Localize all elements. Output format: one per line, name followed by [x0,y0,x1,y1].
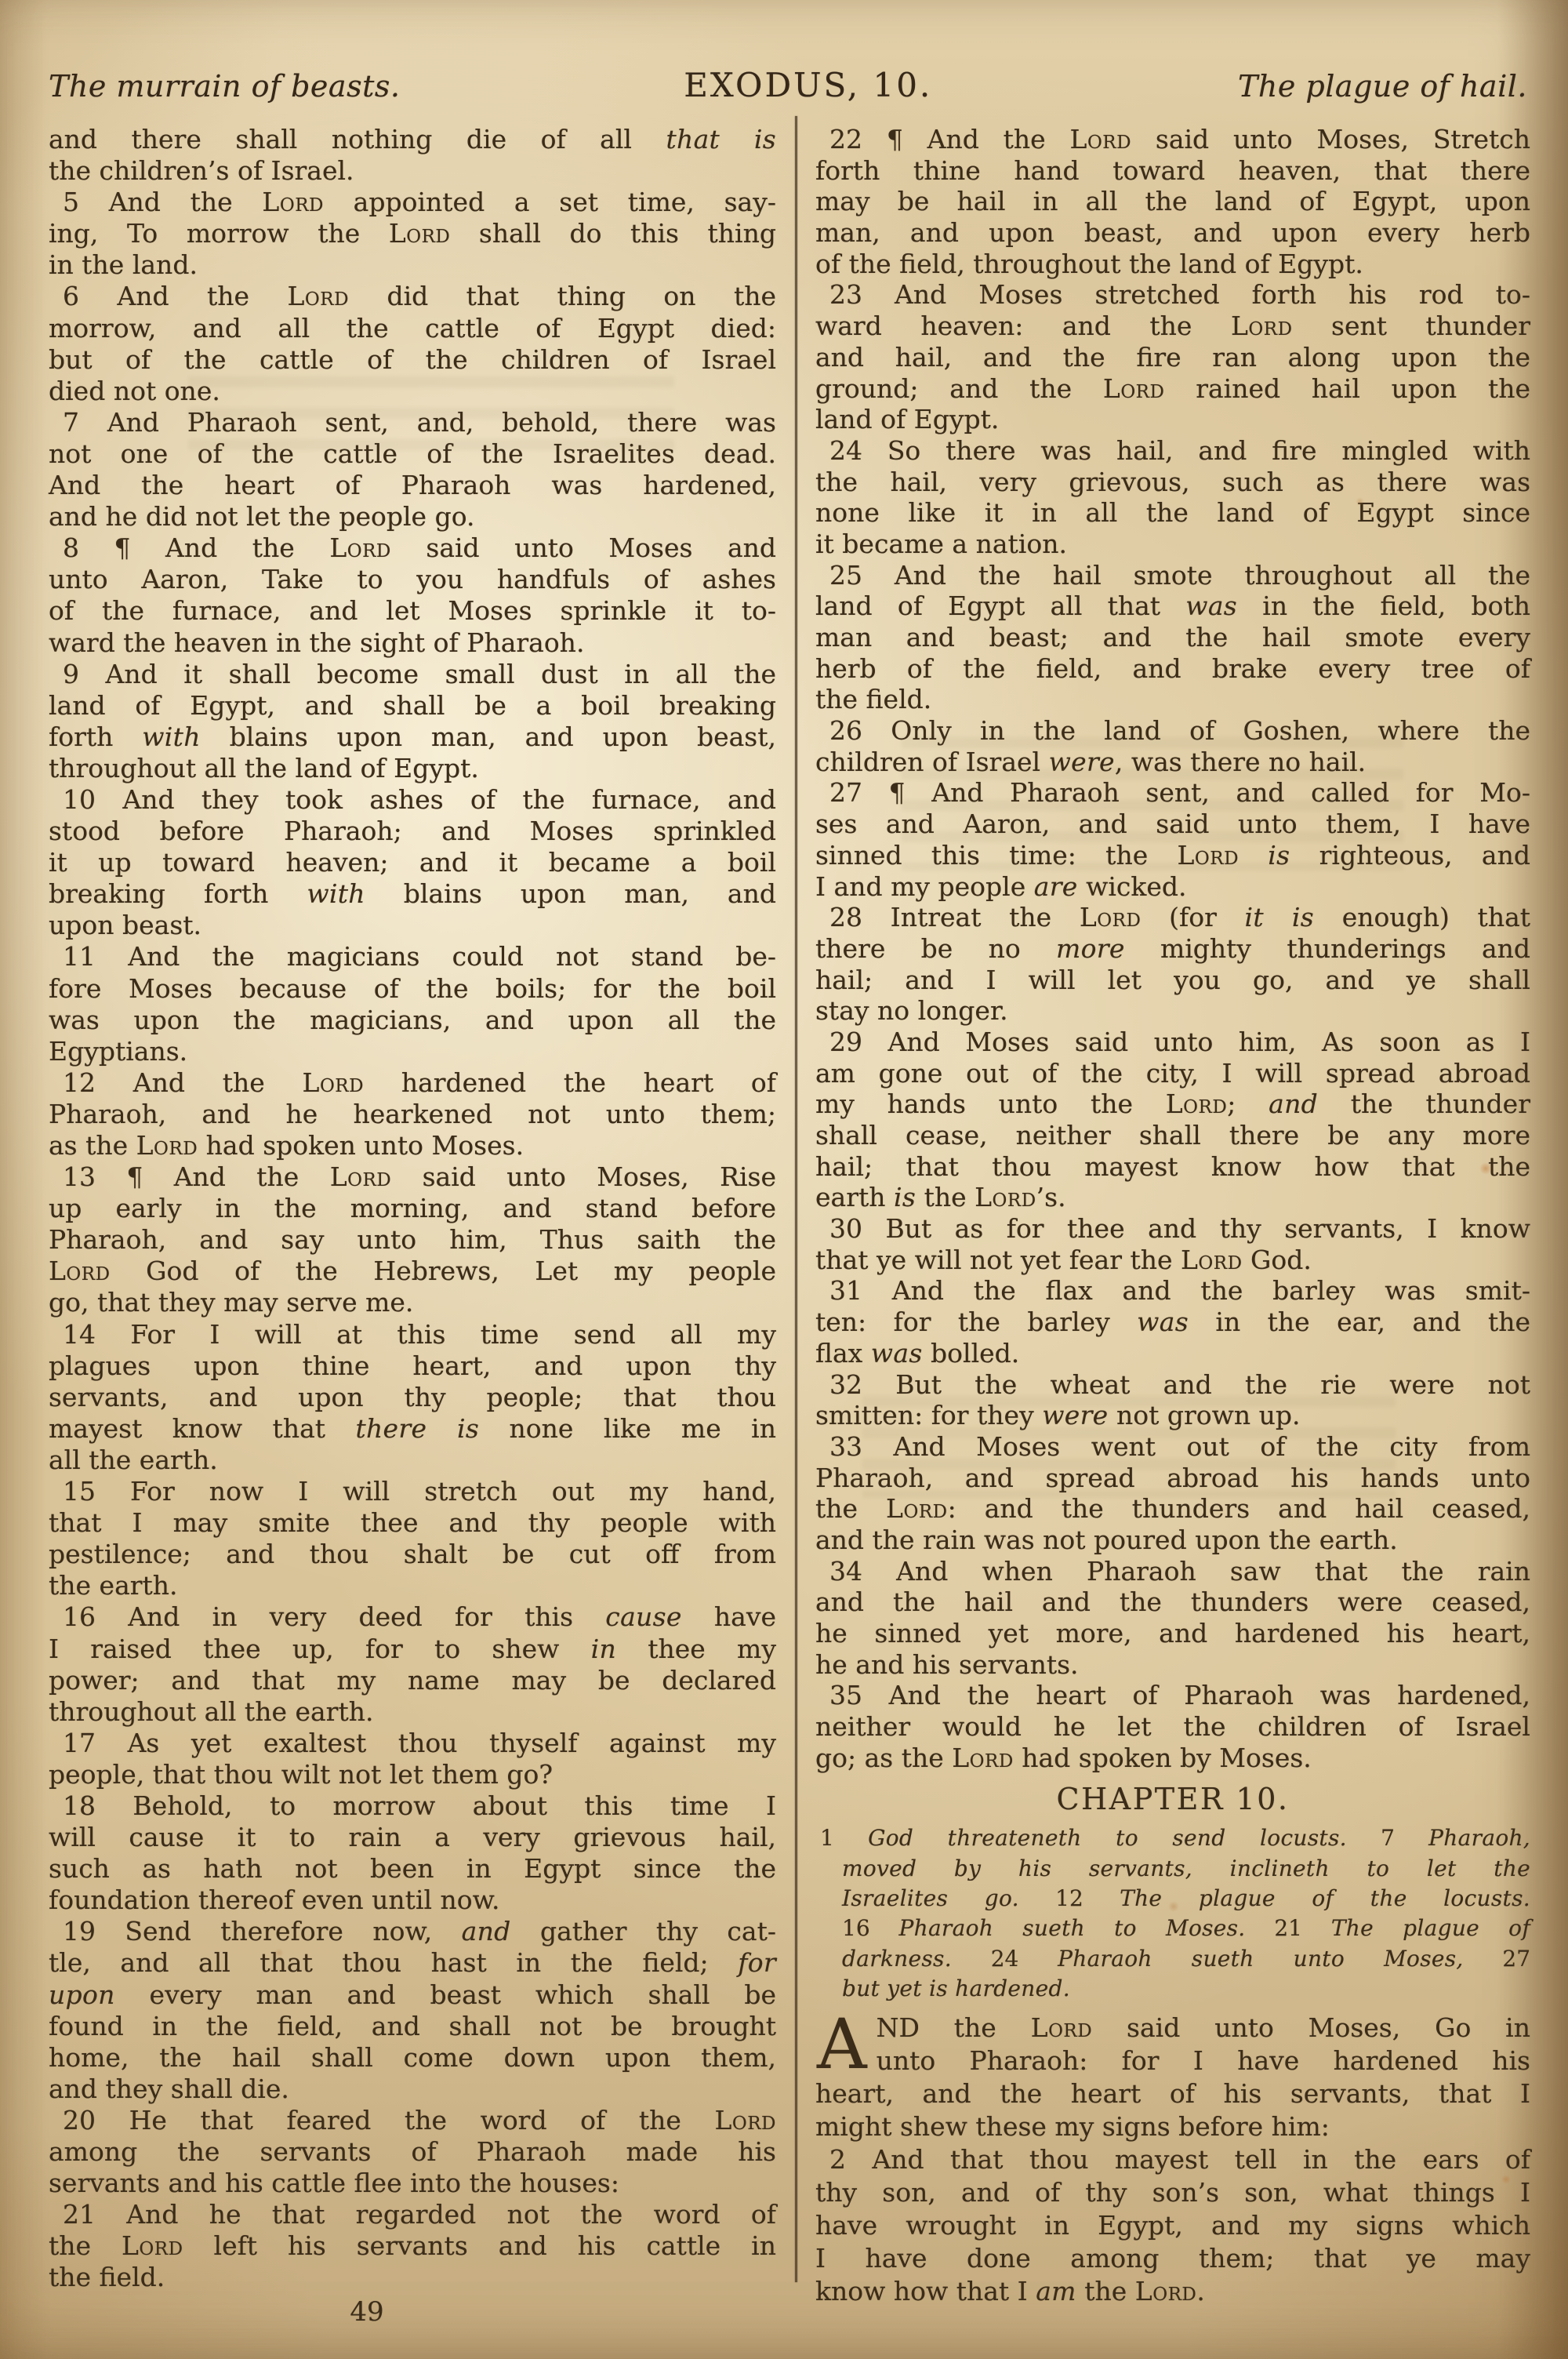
text-line: 28 Intreat the Lord (for it is enough) t… [815,902,1530,933]
text-line: but yet is hardened. [815,1974,1530,2004]
lord-small-caps: Lord [262,187,324,217]
text-line: 9 And it shall become small dust in all … [49,659,776,690]
text-line: stay no longer. [815,995,1530,1027]
italic-supplied-word: The plague of [1331,1915,1530,1941]
text-line: 31 And the flax and the barley was smit- [815,1275,1530,1307]
text-line: 5 And the Lord appointed a set time, say… [49,187,776,218]
text-line: man and beast; and the hail smote every [815,622,1530,653]
lord-small-caps: Lord [714,2105,776,2135]
text-line: the field. [815,684,1530,715]
text-line: might shew these my signs before him: [815,2110,1530,2143]
page-number: 49 [328,2296,406,2328]
text-line: Pharaoh, and say unto him, Thus saith th… [49,1224,776,1256]
text-line: 19 Send therefore now, and gather thy ca… [49,1916,776,1947]
text-line: and the hail and the thunders were cease… [815,1587,1530,1618]
text-line: flax was bolled. [815,1338,1530,1369]
text-line: thy son, and of thy son’s son, what thin… [815,2176,1530,2209]
verse-paragraph: 11 And the magicians could not stand be-… [49,941,776,1067]
text-line: power; and that my name may be declared [49,1665,776,1696]
text-line: and he did not let the people go. [49,501,776,533]
lord-small-caps: Lord [1080,902,1142,932]
italic-supplied-word: with [142,722,201,752]
text-line: morrow, and all the cattle of Egypt died… [49,313,776,344]
verse-paragraph: 30 But as for thee and thy servants, I k… [815,1213,1530,1275]
text-line: herb of the field, and brake every tree … [815,653,1530,685]
text-line: fore Moses because of the boils; for the… [49,973,776,1005]
text-line: and hail, and the fire ran along upon th… [815,342,1530,373]
text-line: 30 But as for thee and thy servants, I k… [815,1213,1530,1245]
text-line: up early in the morning, and stand befor… [49,1193,776,1224]
text-line: 20 He that feared the word of the Lord [49,2105,776,2136]
text-line: and there shall nothing die of all that … [49,124,776,155]
text-line: was upon the magicians, and upon all the [49,1005,776,1036]
text-line: 7 And Pharaoh sent, and, behold, there w… [49,407,776,438]
verse-paragraph: 27 ¶ And Pharaoh sent, and called for Mo… [815,777,1530,902]
text-line: ward heaven: and the Lord sent thunder [815,311,1530,342]
text-line: I and my people are wicked. [815,871,1530,903]
right-column: 22 ¶ And the Lord said unto Moses, Stret… [815,124,1530,2308]
verse-paragraph: 12 And the Lord hardened the heart ofPha… [49,1067,776,1161]
text-line: land of Egypt. [815,404,1530,435]
italic-supplied-word: moved by his servants, inclineth to let … [842,1856,1530,1881]
text-line: 8 ¶ And the Lord said unto Moses and [49,533,776,564]
verse-paragraph: 6 And the Lord did that thing on themorr… [49,281,776,406]
lord-small-caps: Lord [1181,1245,1243,1275]
lord-small-caps: Lord [1031,2012,1093,2043]
italic-supplied-word: it is [1245,902,1315,932]
verse-paragraph: 23 And Moses stretched forth his rod to-… [815,279,1530,434]
verse-paragraph: 18 Behold, to morrow about this time Iwi… [49,1790,776,1916]
text-line: 16 And in very deed for this cause have [49,1601,776,1633]
text-line: forth with blains upon man, and upon bea… [49,722,776,753]
text-line: 15 For now I will stretch out my hand, [49,1476,776,1507]
text-line: 22 ¶ And the Lord said unto Moses, Stret… [815,124,1530,155]
text-line: among the servants of Pharaoh made his [49,2136,776,2168]
verse-paragraph: 15 For now I will stretch out my hand,th… [49,1476,776,1601]
text-line: children of Israel were, was there no ha… [815,747,1530,778]
verse-paragraph: 10 And they took ashes of the furnace, a… [49,784,776,941]
text-line: it became a nation. [815,529,1530,560]
text-line: 29 And Moses said unto him, As soon as I [815,1027,1530,1058]
text-line: 10 And they took ashes of the furnace, a… [49,784,776,816]
verse-paragraph: 28 Intreat the Lord (for it is enough) t… [815,902,1530,1027]
text-line: heart, and the heart of his servants, th… [815,2077,1530,2110]
text-line: 11 And the magicians could not stand be- [49,941,776,972]
text-line: 23 And Moses stretched forth his rod to- [815,279,1530,311]
text-line: plagues upon thine heart, and upon thy [49,1350,776,1382]
text-line: 35 And the heart of Pharaoh was hardened… [815,1680,1530,1711]
lord-small-caps: Lord [975,1182,1036,1212]
verse-paragraph: 35 And the heart of Pharaoh was hardened… [815,1680,1530,1773]
text-line: 6 And the Lord did that thing on the [49,281,776,312]
text-line: have wrought in Egypt, and my signs whic… [815,2209,1530,2242]
italic-supplied-word: is [894,1182,916,1212]
italic-supplied-word: The plague of the locusts. [1120,1885,1530,1911]
running-head: The murrain of beasts. EXODUS, 10. The p… [49,66,1527,104]
verse-paragraph: 25 And the hail smote throughout all the… [815,560,1530,715]
running-head-left: The murrain of beasts. [49,69,400,104]
text-line: Pharaoh, and spread abroad his hands unt… [815,1463,1530,1494]
italic-supplied-word: in [591,1634,616,1664]
text-line: none like it in all the land of Egypt si… [815,497,1530,529]
italic-supplied-word: was [1137,1307,1189,1337]
text-line: know how that I am the Lord. [815,2275,1530,2308]
text-line: throughout all the land of Egypt. [49,753,776,784]
text-line: people, that thou wilt not let them go? [49,1759,776,1790]
verse-paragraph: 5 And the Lord appointed a set time, say… [49,187,776,281]
italic-supplied-word: and [462,1916,511,1946]
text-line: throughout all the earth. [49,1696,776,1728]
italic-supplied-word: darkness. [842,1946,952,1972]
text-line: the earth. [49,1570,776,1601]
text-line: ward the heaven in the sight of Pharaoh. [49,627,776,659]
text-line: I raised thee up, for to shew in thee my [49,1634,776,1665]
lord-small-caps: Lord [886,1493,948,1524]
text-line: tle, and all that thou hast in the field… [49,1947,776,1979]
text-line: stood before Pharaoh; and Moses sprinkle… [49,816,776,847]
lord-small-caps: Lord [329,533,391,563]
text-line: upon beast. [49,910,776,941]
verse-paragraph: 21 And he that regarded not the word oft… [49,2199,776,2293]
verse-paragraph: 16 And in very deed for this cause haveI… [49,1601,776,1727]
text-line: 13 ¶ And the Lord said unto Moses, Rise [49,1161,776,1193]
lord-small-caps: Lord [49,1256,111,1286]
text-line: my hands unto the Lord; and the thunder [815,1089,1530,1120]
text-line: 2 And that thou mayest tell in the ears … [815,2143,1530,2176]
continued-verse-paragraph: and there shall nothing die of all that … [49,124,776,187]
chapter-summary: 1 God threateneth to send locusts. 7 Pha… [815,1823,1530,2004]
lord-small-caps: Lord [1070,124,1132,154]
text-line: ten: for the barley was in the ear, and … [815,1307,1530,1338]
text-line: the Lord: and the thunders and hail ceas… [815,1493,1530,1525]
text-line: hail; and I will let you go, and ye shal… [815,965,1530,996]
text-line: unto Pharaoh: for I have hardened his [815,2045,1530,2077]
text-line: as the Lord had spoken unto Moses. [49,1130,776,1161]
text-line: smitten: for they were not grown up. [815,1400,1530,1431]
italic-supplied-word: Pharaoh, [1428,1825,1530,1851]
text-line: the hail, very grievous, such as there w… [815,467,1530,498]
text-line: not one of the cattle of the Israelites … [49,438,776,470]
text-line: home, the hail shall come down upon them… [49,2042,776,2074]
lord-small-caps: Lord [1135,2276,1197,2306]
italic-supplied-word: am [1036,2276,1076,2306]
text-line: forth thine hand toward heaven, that the… [815,155,1530,187]
verse-paragraph: 13 ¶ And the Lord said unto Moses, Riseu… [49,1161,776,1318]
italic-supplied-word: Pharaoh sueth unto Moses, [1058,1946,1464,1972]
italic-supplied-word: God threateneth to send locusts. [868,1825,1347,1851]
italic-supplied-word: upon [49,1979,115,2010]
dropcap-verse-paragraph: AND the Lord said unto Moses, Go inunto … [815,2012,1530,2143]
verse-paragraph: 17 As yet exaltest thou thyself against … [49,1728,776,1790]
text-line: land of Egypt, and shall be a boil break… [49,690,776,722]
text-line: there be no more mighty thunderings and [815,933,1530,965]
italic-supplied-word: were [1049,747,1115,777]
text-line: Israelites go. 12 The plague of the locu… [815,1884,1530,1914]
text-line: hail; that thou mayest know how that the [815,1151,1530,1183]
text-line: 21 And he that regarded not the word of [49,2199,776,2230]
verse-paragraph: 7 And Pharaoh sent, and, behold, there w… [49,407,776,533]
lord-small-caps: Lord [288,281,350,311]
running-head-center: EXODUS, 10. [684,66,932,104]
chapter-heading: CHAPTER 10. [815,1781,1530,1817]
text-line: 26 Only in the land of Goshen, where the [815,715,1530,747]
text-line: Pharaoh, and he hearkened not unto them; [49,1099,776,1130]
text-line: 14 For I will at this time send all my [49,1319,776,1350]
italic-supplied-word: cause [605,1601,681,1632]
lord-small-caps: Lord [952,1743,1014,1773]
text-line: but of the cattle of the children of Isr… [49,344,776,376]
italic-supplied-word: Israelites go. [842,1885,1019,1911]
verse-paragraph: 31 And the flax and the barley was smit-… [815,1275,1530,1369]
text-line: neither would he let the children of Isr… [815,1711,1530,1743]
italic-supplied-word: are [1034,871,1078,902]
text-line: unto Aaron, Take to you handfuls of ashe… [49,564,776,595]
text-line: earth is the Lord’s. [815,1182,1530,1213]
text-line: 27 ¶ And Pharaoh sent, and called for Mo… [815,777,1530,809]
text-line: will cause it to rain a very grievous ha… [49,1822,776,1853]
italic-supplied-word: Pharaoh sueth to Moses. [898,1915,1245,1941]
text-line: sinned this time: the Lord is righteous,… [815,840,1530,871]
italic-supplied-word: with [307,878,365,909]
text-line: And the heart of Pharaoh was hardened, [49,470,776,501]
verse-paragraph: 20 He that feared the word of the Lordam… [49,2105,776,2199]
text-line: 18 Behold, to morrow about this time I [49,1790,776,1822]
text-line: man, and upon beast, and upon every herb [815,217,1530,249]
lord-small-caps: Lord [1166,1089,1228,1119]
italic-supplied-word: there is [355,1413,479,1444]
text-line: of the furnace, and let Moses sprinkle i… [49,595,776,627]
verse-paragraph: 26 Only in the land of Goshen, where the… [815,715,1530,777]
verse-paragraph: 14 For I will at this time send all mypl… [49,1319,776,1476]
text-line: am gone out of the city, I will spread a… [815,1058,1530,1089]
text-line: ses and Aaron, and said unto them, I hav… [815,809,1530,840]
text-line: the children’s of Israel. [49,155,776,187]
text-line: and the rain was not poured upon the ear… [815,1525,1530,1556]
lord-small-caps: Lord [303,1067,365,1098]
text-line: shall cease, neither shall there be any … [815,1120,1530,1151]
text-line: moved by his servants, inclineth to let … [815,1854,1530,1884]
text-line: of the field, throughout the land of Egy… [815,249,1530,280]
text-line: go; as the Lord had spoken by Moses. [815,1743,1530,1774]
column-divider [795,116,797,2282]
text-line: pestilence; and thou shalt be cut off fr… [49,1539,776,1570]
text-line: 25 And the hail smote throughout all the [815,560,1530,591]
text-line: 33 And Moses went out of the city from [815,1431,1530,1463]
text-line: Lord God of the Hebrews, Let my people [49,1256,776,1287]
text-line: go, that they may serve me. [49,1287,776,1318]
lord-small-caps: Lord [1177,840,1239,871]
text-line: ing, To morrow the Lord shall do this th… [49,218,776,249]
text-line: such as hath not been in Egypt since the [49,1853,776,1885]
lord-small-caps: Lord [1231,311,1293,341]
left-column: and there shall nothing die of all that … [49,124,776,2293]
drop-cap-letter: A [815,2012,877,2074]
text-line: he sinned yet more, and hardened his hea… [815,1618,1530,1649]
text-line: foundation thereof even until now. [49,1885,776,1916]
italic-supplied-word: more [1056,933,1125,964]
text-line: 12 And the Lord hardened the heart of [49,1067,776,1099]
italic-supplied-word: and [1269,1089,1318,1119]
verse-paragraph: 19 Send therefore now, and gather thy ca… [49,1916,776,2105]
italic-supplied-word: for [738,1947,776,1978]
text-line: that ye will not yet fear the Lord God. [815,1245,1530,1276]
verse-paragraph: 8 ¶ And the Lord said unto Moses andunto… [49,533,776,658]
text-line: he and his servants. [815,1649,1530,1681]
verse-paragraph: 32 But the wheat and the rie were notsmi… [815,1369,1530,1431]
italic-supplied-word: was [1185,591,1237,621]
text-line: ND the Lord said unto Moses, Go in [815,2012,1530,2045]
text-line: mayest know that there is none like me i… [49,1413,776,1445]
verse-paragraph: 33 And Moses went out of the city fromPh… [815,1431,1530,1556]
text-line: the Lord left his servants and his cattl… [49,2230,776,2262]
bible-page: The murrain of beasts. EXODUS, 10. The p… [0,0,1568,2359]
text-line: that I may smite thee and thy people wit… [49,1507,776,1539]
text-line: I have done among them; that ye may [815,2242,1530,2275]
text-line: 32 But the wheat and the rie were not [815,1369,1530,1401]
text-line: upon every man and beast which shall be [49,1979,776,2011]
text-line: all the earth. [49,1445,776,1476]
text-line: 17 As yet exaltest thou thyself against … [49,1728,776,1759]
text-line: may be hail in all the land of Egypt, up… [815,186,1530,217]
lord-small-caps: Lord [122,2230,183,2261]
italic-supplied-word: was [871,1338,923,1369]
italic-supplied-word: that is [666,124,776,154]
text-line: 1 God threateneth to send locusts. 7 Pha… [815,1823,1530,1853]
lord-small-caps: Lord [136,1130,198,1161]
text-line: and they shall die. [49,2074,776,2105]
text-line: 24 So there was hail, and fire mingled w… [815,435,1530,467]
verse-paragraph: 2 And that thou mayest tell in the ears … [815,2143,1530,2308]
italic-supplied-word: is [1268,840,1290,871]
text-line: darkness. 24 Pharaoh sueth unto Moses, 2… [815,1944,1530,1974]
italic-supplied-word: but yet is hardened. [842,1976,1070,2001]
text-line: breaking forth with blains upon man, and [49,878,776,910]
lord-small-caps: Lord [1103,373,1165,404]
text-line: found in the field, and shall not be bro… [49,2011,776,2042]
verse-paragraph: 22 ¶ And the Lord said unto Moses, Stret… [815,124,1530,279]
verse-paragraph: 24 So there was hail, and fire mingled w… [815,435,1530,560]
verse-paragraph: 34 And when Pharaoh saw that the rainand… [815,1556,1530,1681]
text-line: in the land. [49,249,776,281]
text-line: died not one. [49,376,776,407]
text-line: Egyptians. [49,1036,776,1067]
lord-small-caps: Lord [389,218,451,249]
verse-paragraph: 9 And it shall become small dust in all … [49,659,776,784]
running-head-right: The plague of hail. [1238,69,1527,104]
text-line: it up toward heaven; and it became a boi… [49,847,776,878]
text-line: servants, and upon thy people; that thou [49,1382,776,1413]
verse-paragraph: 29 And Moses said unto him, As soon as I… [815,1027,1530,1213]
lord-small-caps: Lord [330,1161,392,1192]
text-line: ground; and the Lord rained hail upon th… [815,373,1530,405]
text-line: land of Egypt all that was in the field,… [815,591,1530,622]
italic-supplied-word: were [1042,1400,1108,1430]
text-line: 34 And when Pharaoh saw that the rain [815,1556,1530,1587]
text-line: 16 Pharaoh sueth to Moses. 21 The plague… [815,1914,1530,1943]
text-line: the field. [49,2262,776,2293]
text-line: servants and his cattle flee into the ho… [49,2168,776,2199]
